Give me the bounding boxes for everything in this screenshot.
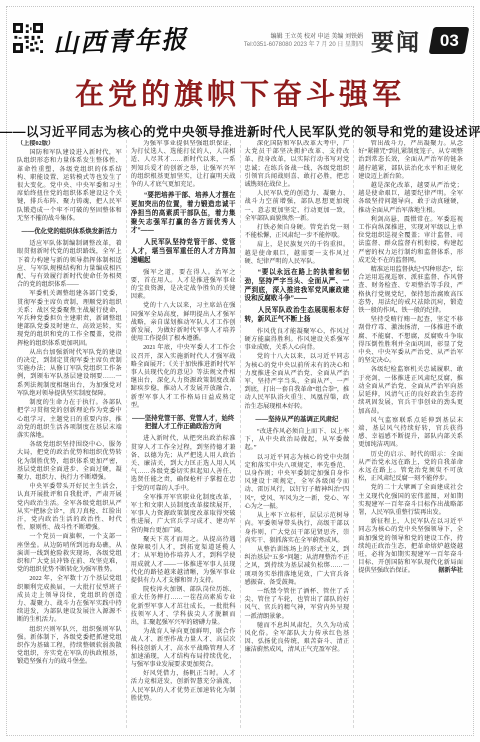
paragraph: 进入新时代，从把突出政治标准贯穿人才工作全过程，到坚持德才兼备、以德为先；从严把… [131, 435, 236, 492]
paragraph: 党的十八大以来，习主席站在强国强军全局高度，鲜明提出人才强军战略，亲自谋划推动军… [131, 302, 236, 343]
section-heading: ——优化党的组织体系焕发新活力 [17, 228, 122, 236]
pull-quote: 人民军队政治生态展现根本好转，新风正气不断上扬 [245, 307, 350, 325]
paragraph: 强军之道，要在得人。治军之要，首在用人。人才是推进强军事业的宝贵资源，是决定战争… [131, 269, 236, 302]
paragraph: 从上率下立标杆，层层示范树导向。军委领导带头执行，高级干部以身作则，广大党员干部… [245, 512, 350, 545]
paragraph: 风气监察联系点延伸到基层末端，基层风气持续好转，官兵获得感、幸福感不断提升，部队… [358, 417, 463, 450]
paragraph: 国防和军队建设进入新时代，军队组织形态和力量体系发生整体性、革命性重塑，各级党组… [17, 149, 122, 223]
paragraph: 越是深化改革，越要从严治党；越是使命艰巨，越要纪律严明。全军各级坚持问题导向，敢… [358, 182, 463, 215]
paragraph: 利剑高悬，震慑常在。军委巡视工作向纵深推进，实现对军级以上单位党组织巡视全覆盖；… [358, 216, 463, 265]
paragraph: 深化国防和军队改革大考中，广大党员干部坚决拥护改革、支持改革、投身改革，以实际行… [245, 140, 350, 189]
pull-quote: 人民军队坚持党管干部、党管人才，堪当强军重任的人才方阵加速崛起 [131, 239, 236, 265]
paragraph: 作风优良才能凝聚军心，作风过硬方能赢得胜利。作风建设关系强军事业成败，关系人心向… [245, 328, 350, 353]
article-column-2: 为强军事业提供坚强组织保证，为打仗选人、选能打仗的人，人岗相适、人尽其才……新时… [126, 140, 240, 728]
editors-line: 编辑 王立英 校对 申运 美编 刘铁娟 [244, 33, 363, 41]
tel-date-line: Tel:0351-6078080 2023 年 7 月 20 日 星期四 [244, 41, 363, 49]
section-label: 要闻 [371, 24, 421, 57]
paragraph: 院校淬火加钢、部队岗位历练、重大任务摔打……一茬茬高素质专业化新型军事人才茁壮成… [131, 586, 236, 627]
paragraph: 打铁必须自身硬。管党治党一刻不能松懈，正风肃纪一步不能停歇。 [245, 224, 350, 240]
main-headline: 在党的旗帜下奋斗强军 [0, 72, 480, 113]
paragraph: 军委机关调整组建各部门党委，贯彻军委主席负责制，理顺党的组织关系；战区党委聚焦主… [17, 290, 122, 347]
paragraph: 为强军事业提供坚强组织保证，为打仗选人、选能打仗的人，人岗相适、人尽其才……新时… [131, 140, 236, 189]
pull-quote: “要把培养干部、培养人才摆在更加突出的位置，着力锻造忠诚干净担当的高素质干部队伍… [131, 192, 236, 236]
paragraph: 肩上，是民族复兴的千钧重担。越是使命艰巨，越需要一支作风过硬、纪律严明的人民军队… [245, 241, 350, 266]
slash-divider [424, 25, 432, 56]
paragraph: 管出战斗力，严出凝聚力。从念好“紧箍咒”到扎紧制度笼子，从专项整治到常态长效，全… [358, 140, 463, 181]
headline-block: 在党的旗帜下奋斗强军 ——以习近平同志为核心的党中央领导推进新时代人民军队党的领… [0, 72, 480, 140]
paragraph: 精准运用监督执纪“四种形态”，综合运用巡视巡察、派驻监督、作风督查、财务检查、专… [358, 266, 463, 315]
paragraph: 聚天下英才而用之。从提高待遇保障吸引人才，到拓宽渠道延揽人才；从军地协作培养人才… [131, 536, 236, 585]
section-heading: ——坚持党管干部、党管人才，始终把握人才工作正确政治方向 [131, 415, 236, 431]
paragraph: 各级党组织坚持围绕中心、服务大局，把党的政治优势和组织优势转化为制胜优势，组织体… [17, 441, 122, 482]
page-number: 03 [440, 31, 459, 51]
paragraph: 全军推开军官职业化制度改革，军士和文职人员制度改革接续展开，军事人力资源政策制度… [131, 494, 236, 535]
paragraph: 2022 年，全军数十万个基层党组织顺利完成换届，一大批打仗型班子成员走上领导岗… [17, 575, 122, 624]
paragraph: 一个党员一面旗帜，一个支部一座堡垒。从边防哨所到远海岛礁，从演训一线到抢险救灾现… [17, 533, 122, 574]
attribution: 据新华社 [426, 567, 463, 575]
paragraph: 历史的启示、时代的昭示：全面从严治党永远在路上，党的自我革命永远在路上。管党治党… [358, 451, 463, 484]
header-right: 编辑 王立英 校对 申运 美编 刘铁娟 Tel:0351-6078080 202… [244, 24, 467, 57]
paragraph: 党的二十大擘画了全面建成社会主义现代化强国的宏伟蓝图，对如期实现建军一百年奋斗目… [358, 484, 463, 517]
article-column-1: （上接02版）国防和军队建设进入新时代，军队组织形态和力量体系发生整体性、革命性… [13, 140, 126, 728]
paragraph: 各级纪检监察机关忠诚履职、敢于亮剑，一体推进正风肃纪反腐，推动全面从严治党、全面… [358, 366, 463, 415]
paragraph: 驰而不息纠风肃纪，久久为功成风化俗。全军部队大力传承红色基因、弘扬优良传统，艰苦… [245, 622, 350, 655]
article-column-3: 深化国防和军队改革大考中，广大党员干部坚决拥护改革、支持改革、投身改革，以实际行… [240, 140, 354, 728]
article-columns: （上接02版）国防和军队建设进入新时代，军队组织形态和力量体系发生整体性、革命性… [13, 140, 467, 728]
paragraph: 以习近平同志为核心的党中央制定和落实中央八项规定，率先垂范、以身作则；中央军委制… [245, 454, 350, 511]
paragraph: 制度的生命力在于执行。各部队把学习贯彻党的创新理论作为党委中心组学习、主题党日的… [17, 399, 122, 440]
paragraph: 从整治训练场上的形式主义，到纠治基层“五多”问题；从清理整治不正之风，到持续为基… [245, 546, 350, 587]
paragraph: 组织兴则军队兴，组织强则军队强。新体制下，各级党委把抓建党组织作为基础工程，持续… [17, 626, 122, 667]
paragraph: “改进作风必须自上而下、以上率下，从中央政治局做起，从军委做起。” [245, 428, 350, 453]
qr-code-icon [13, 23, 43, 53]
article-column-4: 管出战斗力，严出凝聚力。从念好“紧箍咒”到扎紧制度笼子，从专项整治到常态长效，全… [353, 140, 467, 728]
edition-meta: 编辑 王立英 校对 申运 美编 刘铁娟 Tel:0351-6078080 202… [244, 33, 363, 49]
paragraph: 为战育人导向更加鲜明，联合作战人才、新型作战力量人才、高层次科技创新人才、高水平… [131, 628, 236, 669]
paragraph: 一纸禁令管住了酒杯、管住了舌尖、管住了车轮，也管出了部队的好风气、官兵的精气神，… [245, 588, 350, 621]
page-number-box: 03 [429, 27, 470, 54]
section-heading: ——坚持从严的基调正风肃纪 [245, 416, 350, 424]
pull-quote: “要以永远在路上的执着和韧劲，坚持严字当头、全面从严、一严到底，深入推进我军党风… [245, 269, 350, 304]
paragraph: 从出台加强新时代军队党的建设的决定，到制定贯彻军委主席负责制实施办法；从修订军队… [17, 349, 122, 398]
paragraph: 适应军队体制编制调整改革，着眼贯彻新时代党的组织路线，全军上下着力构建与新的领导… [17, 240, 122, 289]
paragraph: 党的十八大以来，以习近平同志为核心的党中央以前所未有的决心和力度推进全面从严治党… [245, 353, 350, 410]
paragraph: 新征程上，人民军队在以习近平同志为核心的党中央坚强领导下，全面加强党的领导和党的… [358, 518, 463, 575]
paragraph: 人民军队党的创造力、凝聚力、战斗力空前增强，部队思想更加统一、意志更加坚定、行动… [245, 190, 350, 223]
paragraph: 好风凭借力，扬帆正当时。人才活力竞相迸发，创新智慧充分涌流，人民军队的人才优势正… [131, 670, 236, 703]
newspaper-page: 山西青年报 编辑 王立英 校对 申运 美编 刘铁娟 Tel:0351-60780… [0, 0, 480, 742]
sub-headline: ——以习近平同志为核心的党中央领导推进新时代人民军队党的领导和党的建设述评 [0, 122, 480, 140]
page-header: 山西青年报 编辑 王立英 校对 申运 美编 刘铁娟 Tel:0351-60780… [13, 22, 467, 58]
masthead-logo: 山西青年报 [52, 20, 188, 61]
paragraph: 2021 年底，中央军委人才工作会议召开，深入实施新时代人才强军战略全面展开；《… [131, 344, 236, 410]
paragraph: 中央军委带头开好民主生活会，认真开展批评和自我批评，严肃开展党内政治生活。全军各… [17, 483, 122, 532]
continued-note: （上接02版） [17, 140, 122, 148]
paragraph: 坚持受贿行贿一起查，坚定不移刮骨疗毒、激浊扬清，一体推进不敢腐、不能腐、不想腐，… [358, 316, 463, 365]
